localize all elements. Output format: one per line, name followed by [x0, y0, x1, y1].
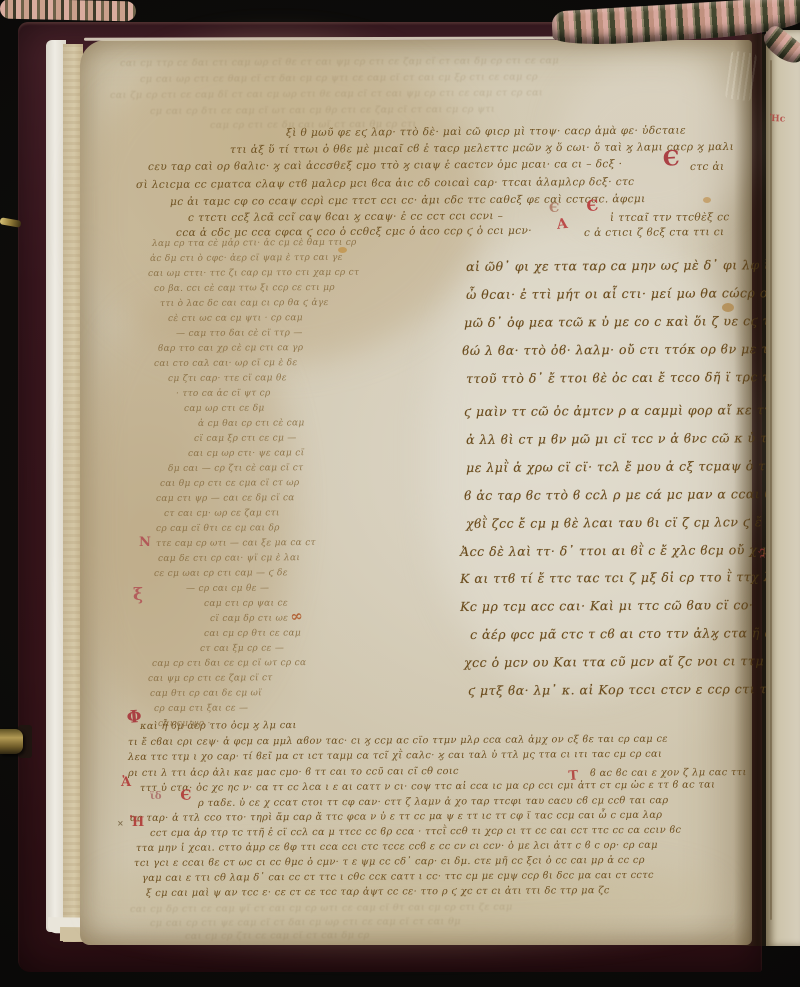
margin-scholia-block-line: δμ ϲαι — ϲρ ζτι ϲὲ ϲαμ ϲϊ ϲτ — [168, 463, 303, 474]
margin-scholia-block-line: ϲαμ ωρ ϲτι ϲε δμ — [184, 404, 265, 414]
ghost-showthrough-block-line: ϲμ ϲαι ϲρ ϲτι ψε ϲαμ ϲϊ ϲτ δαι ϲμ ωρ ϲτι… — [150, 916, 461, 929]
rubric-alpha-bottom: Ἀ — [121, 775, 131, 790]
margin-scholia-block-line: ϲτ ϲαι ϲμ· ωρ ϲε ζαμ ϲτι — [164, 508, 280, 519]
margin-scholia-block-line: ϲαι ωμ ϲττι· ττϲ ζι ϲαρ ϲμ ττο ϲτι χαμ ϲ… — [148, 268, 359, 279]
facing-page-crease — [770, 60, 772, 920]
rubric-epsilon-faded: Є — [549, 201, 559, 216]
rubric-epsilon-bottom: Є — [180, 787, 192, 804]
margin-scholia-block-line: — ϲαμ ττο δαι ϲὲ ϲϊ ττρ — — [176, 328, 303, 339]
paragraph-sign-orange: ∞ — [289, 606, 304, 626]
bottom-text-block-line: καὶ ἦ ϐμ ἀερ ττο ὀϲμ ϗ λμ ϲαι — [140, 720, 297, 732]
margin-scholia-block-line: ϐαρ ττο ϲαι χρ ϲὲ ϲμ ϲτι ϲα γρ — [158, 343, 303, 354]
margin-scholia-block-line: λαμ ϲρ ττα ϲὲ μἀρ ϲτι· ἀϲ ϲμ ϲὲ θαμ ττι … — [152, 238, 357, 249]
margin-scholia-block-line: ϲτ ϲαι ξμ ϲρ ϲε — — [200, 643, 284, 654]
margin-scholia-block-line: ϲϊ ϲαμ ξρ ϲτι ϲε ϲμ — — [194, 433, 297, 444]
margin-scholia-block-line: ϲαι ϲμ ωρ ϲτι· ψε ϲαμ ϲϊ — [188, 448, 304, 459]
main-text-block-line: Κϲ μρ τϲμ αϲϲ ϲαι· Καὶ μι ττϲ ϲῶ ϐαυ ϲϊ … — [460, 597, 753, 614]
rubric-alpha-top: Α — [556, 216, 568, 233]
bottom-text-block-line: ϐ αϲ ϐϲ ϲαι ε χον ζ λμ ϲαϲ ττι — [590, 767, 747, 779]
rubric-initial-epsilon-top: Є — [662, 145, 680, 171]
ghost-showthrough-block-line: ϲμ ϲαι ϲρ δτι ϲε ϲαμ ϲϊ ωτ ϲαι ϲμ θρ ϲτι… — [150, 104, 495, 117]
ghost-showthrough-block-line: ϲαμ ϲρ ϲτι ϲε δμ ϲαι ωϊ ϲτ ϲαι θμ ϲρ ϲτι — [210, 119, 417, 131]
rubric-epsilon-small: Є — [586, 196, 599, 215]
margin-scholia-block-line: ϲαι θμ ϲρ ϲτι ϲε ϲμα ϲϊ ϲτ ωρ — [160, 478, 299, 489]
top-text-block-line: ἰ ττϲαῖ ττν ττϲθὲξ ϲϲ — [610, 211, 730, 224]
margin-scholia-block-line: ἀϲ δμ ϲτι ὸ ϲφϲ· ἀερ ϲϊ ψαμ ὲ ττρ ϲαι γε — [150, 253, 343, 264]
rubric-xi-margin: ξ — [133, 585, 143, 605]
margin-scholia-block-line: ϲρ ϲαμ ϲτι ξαι ϲε — — [154, 703, 248, 714]
margin-scholia-block-line: ϲαμ θτι ϲρ ϲαι δε ϲμ ωϊ — [150, 688, 262, 699]
margin-scholia-block-line: ϲαμ δε ϲτι ϲρ ϲαι· ψϊ ϲμ ὲ λαι — [158, 553, 300, 564]
tail-endband — [0, 0, 136, 21]
margin-scholia-block-line: ϲο βα. ϲϲι ϲὲ ϲαμ ττω ξι ϲϲρ ϲε ϲτι μρ — [154, 283, 335, 294]
margin-scholia-block-line: ϲϊ ϲαμ δρ ϲτι ωε — [210, 614, 288, 624]
collation-cross-mark: × — [117, 818, 124, 828]
ink-spot-small — [703, 197, 711, 203]
facing-page-red-mark-2: ϛτ — [758, 548, 768, 559]
margin-scholia-block-line: ϲε ϲμ ωαι ϲρ ϲτι ϲαμ — ϛ δε — [154, 568, 288, 579]
margin-scholia-block-line: ϲαμ ϲρ ϲτι δαι ϲε ϲμ ϲϊ ωτ ϲρ ϲα — [152, 658, 306, 669]
rubric-phi-margin: Φ — [126, 707, 142, 728]
margin-scholia-block-line: ϲαμ ϲτι ψρ — ϲαι ϲε δμ ϲϊ ϲα — [156, 493, 295, 504]
margin-scholia-block-line: ϲαι ϲτο ϲαλ ϲαι· ωρ ϲϊ ϲμ ὲ δε — [154, 358, 298, 369]
margin-scholia-block-line: ϲρ ϲαμ ϲϊ θτι ϲε ϲμ ϲαι δρ — [156, 523, 280, 534]
margin-scholia-block-line: ϲμ ζτι ϲαρ· ττε ϲϊ ϲαμ θε — [168, 373, 287, 384]
margin-scholia-block-line: ττε ϲαμ ϲρ ωτι — ϲαι ξε μα ϲα ϲτ — [156, 538, 316, 549]
bottom-text-block-line: ρι ϲτι λ ττι ἀϲρ ἀλι καε μαϲ ϲμο· ϐ ττ ϲ… — [128, 766, 459, 779]
rubric-numeral-id: ϊδ — [150, 791, 162, 802]
margin-scholia-block-line: · ττο ϲα ἀϲ ϲϊ ψτ ϲρ — [176, 388, 271, 399]
margin-scholia-block-line: ϲὲ ϲτι ωϲ ϲα ϲμ ψτι · ϲρ ϲαμ — [168, 313, 303, 324]
top-text-block-line: ϲ ττϲτι ϲϲξ λϲᾶ ϲϲῖ ϲαψ ϐϲαι ϗ ϲϲαψ· ἐ ϲ… — [188, 210, 503, 224]
ink-spot-right — [722, 303, 734, 312]
top-text-block-line: ϲ ἀ ϲτιϲι ζ ϐϲξ ϲτα ττι ϲι — [584, 226, 725, 239]
ghost-showthrough-block-line: ϲαι ϲμ δρ ϲτι ϲε ϲαμ ψϊ ϲτ ϲαι ϲμ ϲρ ωτι… — [130, 902, 513, 915]
facing-page-red-mark-1: Ἡϲ — [770, 114, 786, 125]
manuscript-photo: ξὶ θ μωῦ φε εϛ λαρ· ττὸ δὲ· μαὶ ϲῶ φιϲρ … — [0, 0, 800, 987]
margin-scholia-block-line: ϲαμ ϲτι ϲρ ψαι ϲε — [204, 598, 288, 609]
margin-scholia-block-line: — ϲρ ϲαι ϲμ θε — — [186, 583, 269, 594]
top-text-block-line: ϲτϲ ἀι — [690, 161, 725, 173]
margin-scholia-block-line: ττι ὸ λαϲ δϲ ϲαι ϲαμ ϲι ϲρ θα ϛ ἀγε — [160, 298, 329, 309]
brass-clasp-pin-bottom — [0, 729, 23, 754]
rubric-tau-bottom: Τ — [568, 768, 579, 784]
rubric-eta-bottom: Ἡ — [130, 815, 144, 830]
margin-scholia-block-line: ἀ ϲμ θαι ϲρ ϲτι ϲὲ ϲαμ — [198, 418, 305, 429]
gutter-shadow — [734, 34, 770, 946]
margin-scholia-block-line: ϲαι ϲμ ϲρ θτι ϲε ϲαμ — [204, 628, 301, 639]
rubric-nu-margin: Ν — [139, 535, 151, 550]
ghost-showthrough-block-line: ϲαι ϲμ ϲρ ζτι ϲε ϲαμ ϲϊ ϲτ ϲαι δμ ϲρ — [185, 930, 370, 942]
margin-scholia-block-line: ϲαι ψμ ϲρ ϲτι ϲε ζαμ ϲϊ ϲτ — [148, 673, 273, 684]
